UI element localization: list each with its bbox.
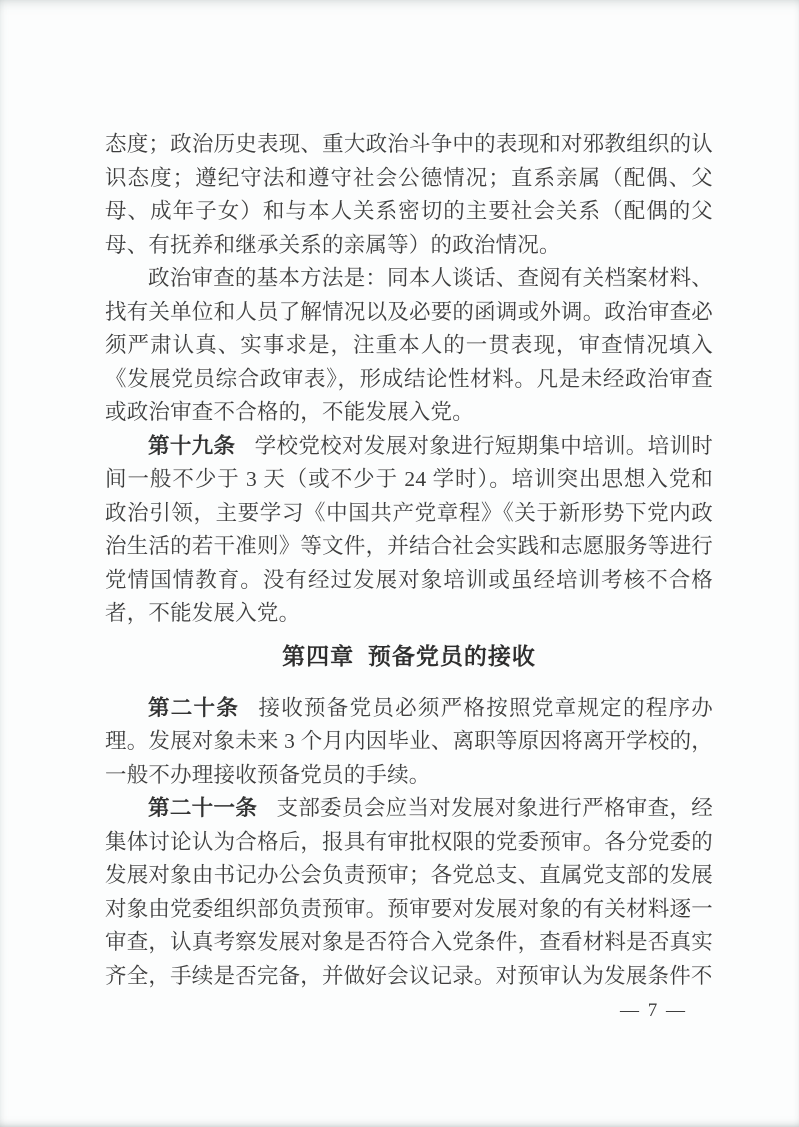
chapter-number: 第四章	[282, 643, 354, 669]
document-page: 态度；政治历史表现、重大政治斗争中的表现和对邪教组织的认识态度；遵纪守法和遵守社…	[0, 0, 799, 1127]
article-19-number: 第十九条	[148, 434, 235, 458]
article-19-text: 学校党校对发展对象进行短期集中培训。培训时间一般不少于 3 天（或不少于 24 …	[105, 434, 713, 626]
paragraph-article-21: 第二十一条支部委员会应当对发展对象进行严格审查，经集体讨论认为合格后，报具有审批…	[105, 792, 713, 993]
chapter-title: 预备党员的接收	[368, 643, 536, 669]
article-20-number: 第二十条	[148, 696, 239, 720]
chapter-heading: 第四章预备党员的接收	[105, 640, 713, 673]
page-number: — 7 —	[105, 1000, 713, 1022]
article-21-number: 第二十一条	[148, 796, 257, 820]
article-21-text: 支部委员会应当对发展对象进行严格审查，经集体讨论认为合格后，报具有审批权限的党委…	[105, 796, 713, 988]
document-body: 态度；政治历史表现、重大政治斗争中的表现和对邪教组织的认识态度；遵纪守法和遵守社…	[105, 128, 713, 993]
paragraph-article-20: 第二十条接收预备党员必须严格按照党章规定的程序办理。发展对象未来 3 个月内因毕…	[105, 692, 713, 793]
paragraph-political-attitude: 态度；政治历史表现、重大政治斗争中的表现和对邪教组织的认识态度；遵纪守法和遵守社…	[105, 128, 713, 262]
paragraph-political-review-methods: 政治审查的基本方法是：同本人谈话、查阅有关档案材料、找有关单位和人员了解情况以及…	[105, 262, 713, 430]
paragraph-article-19: 第十九条学校党校对发展对象进行短期集中培训。培训时间一般不少于 3 天（或不少于…	[105, 430, 713, 631]
